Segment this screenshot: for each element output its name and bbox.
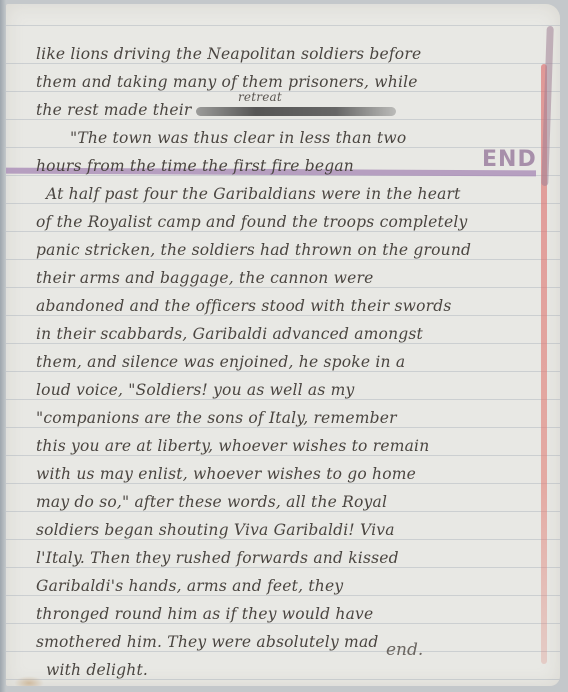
- closing-end-note: end.: [386, 640, 423, 660]
- text-line: in their scabbards, Garibaldi advanced a…: [36, 320, 541, 348]
- text-line: this you are at liberty, whoever wishes …: [36, 432, 541, 460]
- text-line: with delight.: [36, 656, 541, 684]
- paper-stain: [14, 676, 44, 686]
- text-line: like lions driving the Neapolitan soldie…: [36, 40, 541, 68]
- text-line: with us may enlist, whoever wishes to go…: [36, 460, 541, 488]
- text-line: abandoned and the officers stood with th…: [36, 292, 541, 320]
- text-fragment: the rest made their: [36, 101, 192, 119]
- manuscript-page: END like lions driving the Neapolitan so…: [6, 4, 560, 686]
- text-line: thronged round him as if they would have: [36, 600, 541, 628]
- text-line: smothered him. They were absolutely mad: [36, 628, 541, 656]
- redaction-scribble: [196, 107, 396, 116]
- text-line: At half past four the Garibaldians were …: [36, 180, 541, 208]
- text-line: of the Royalist camp and found the troop…: [36, 208, 541, 236]
- text-line: "companions are the sons of Italy, remem…: [36, 404, 541, 432]
- scan-frame: END like lions driving the Neapolitan so…: [0, 0, 568, 692]
- text-line-with-redaction: the rest made their retreat: [36, 96, 541, 124]
- text-line: their arms and baggage, the cannon were: [36, 264, 541, 292]
- text-line: them, and silence was enjoined, he spoke…: [36, 348, 541, 376]
- text-line: l'Italy. Then they rushed forwards and k…: [36, 544, 541, 572]
- text-line: loud voice, "Soldiers! you as well as my: [36, 376, 541, 404]
- text-line: "The town was thus clear in less than tw…: [36, 124, 541, 152]
- text-line: soldiers began shouting Viva Garibaldi! …: [36, 516, 541, 544]
- text-line: hours from the time the first fire began: [36, 152, 541, 180]
- text-line: may do so," after these words, all the R…: [36, 488, 541, 516]
- text-line: Garibaldi's hands, arms and feet, they: [36, 572, 541, 600]
- interlinear-insertion: retreat: [238, 83, 282, 111]
- text-line: them and taking many of them prisoners, …: [36, 68, 541, 96]
- manuscript-text: like lions driving the Neapolitan soldie…: [36, 40, 541, 684]
- text-line: panic stricken, the soldiers had thrown …: [36, 236, 541, 264]
